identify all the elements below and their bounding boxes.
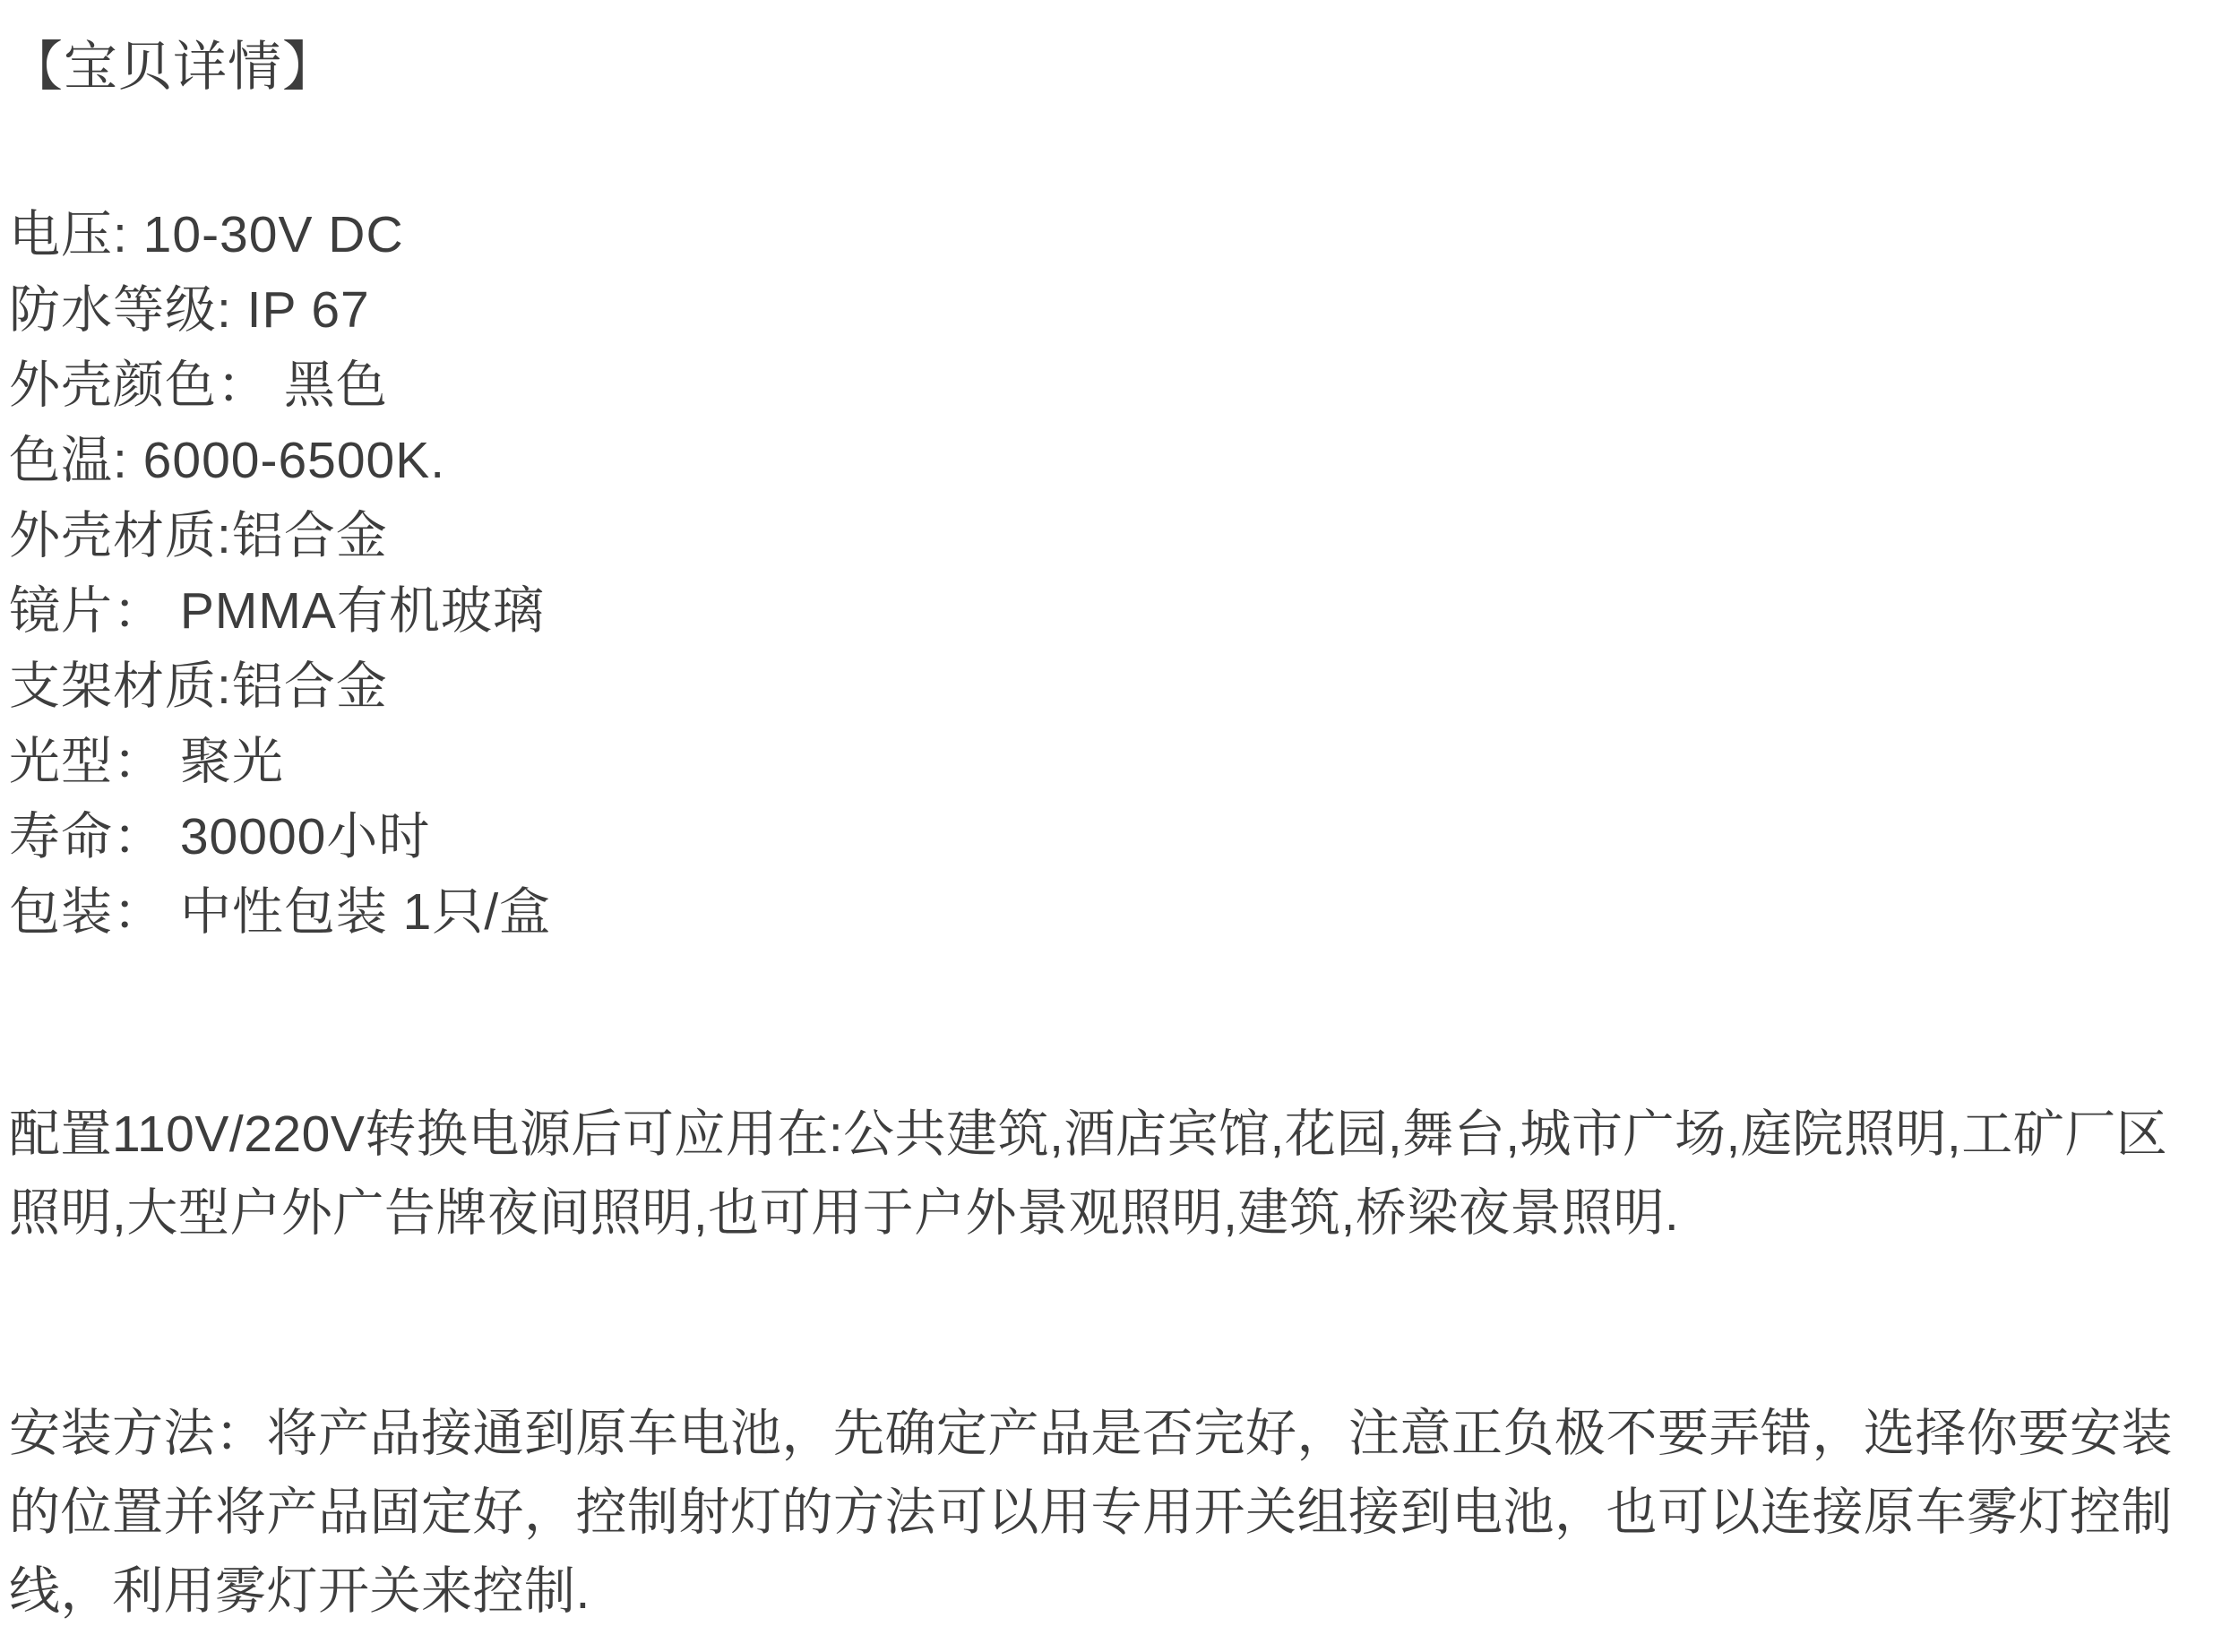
- product-detail-page: 【宝贝详情】 电压: 10-30V DC 防水等级: IP 67 外壳颜色： 黑…: [0, 0, 2222, 1652]
- application-paragraph: 配置110V/220V转换电源后可应用在:公共建筑,酒店宾馆,花园,舞台,城市广…: [9, 1095, 2217, 1252]
- spec-bracket-material: 支架材质:铝合金: [9, 649, 2217, 724]
- spec-lens: 镜片： PMMA有机玻璃: [9, 573, 2217, 649]
- spec-beam-type: 光型： 聚光: [9, 724, 2217, 799]
- spec-housing-material: 外壳材质:铝合金: [9, 498, 2217, 573]
- installation-paragraph: 安装方法：将产品接通到原车电池，先确定产品是否完好，注意正负极不要弄错，选择你要…: [9, 1394, 2217, 1630]
- spec-voltage: 电压: 10-30V DC: [9, 197, 2217, 272]
- spec-housing-color: 外壳颜色： 黑色: [9, 348, 2217, 423]
- spec-waterproof-rating: 防水等级: IP 67: [9, 272, 2217, 348]
- product-detail-title: 【宝贝详情】: [9, 38, 2217, 97]
- spec-list: 电压: 10-30V DC 防水等级: IP 67 外壳颜色： 黑色 色温: 6…: [9, 197, 2217, 950]
- spec-color-temperature: 色温: 6000-6500K.: [9, 423, 2217, 498]
- spec-lifespan: 寿命： 30000小时: [9, 799, 2217, 874]
- spec-packaging: 包装： 中性包装 1只/盒: [9, 874, 2217, 950]
